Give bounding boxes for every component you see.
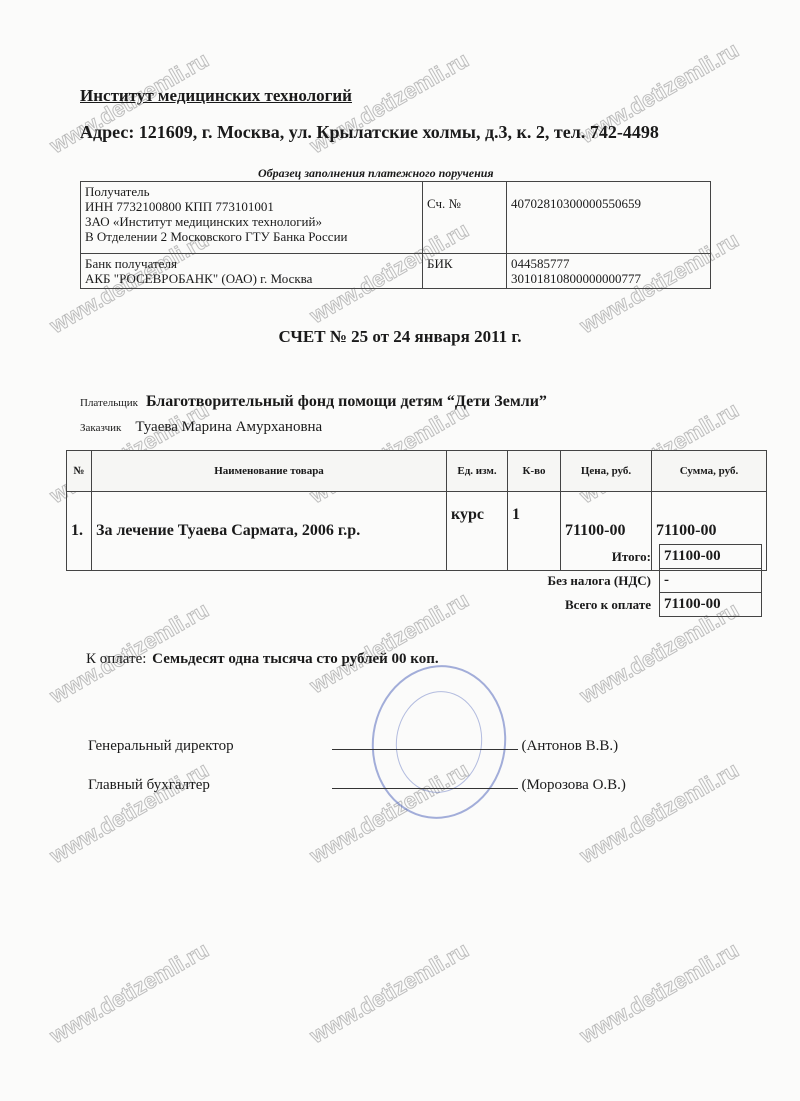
organization-address: Адрес: 121609, г. Москва, ул. Крылатские… <box>80 122 659 143</box>
bank-name: АКБ "РОСЕВРОБАНК" (ОАО) г. Москва <box>85 271 418 286</box>
recipient-name: ЗАО «Институт медицинских технологий» <box>85 214 418 229</box>
subtotal-label: Итого: <box>480 545 660 569</box>
payer-label: Плательщик <box>80 397 138 409</box>
recipient-cell: Получатель ИНН 7732100800 КПП 773101001 … <box>81 182 423 254</box>
col-sum: Сумма, руб. <box>652 451 767 492</box>
signature-role: Генеральный директор <box>88 738 328 755</box>
col-name: Наименование товара <box>92 451 447 492</box>
vat-value: - <box>660 569 762 593</box>
payer-row: Плательщик Благотворительный фонд помощи… <box>80 393 547 411</box>
watermark-text: www.detizemli.ru <box>575 937 743 1049</box>
invoice-title: СЧЕТ № 25 от 24 января 2011 г. <box>0 327 800 347</box>
signature-name: (Антонов В.В.) <box>522 738 619 754</box>
watermark-text: www.detizemli.ru <box>45 937 213 1049</box>
watermark-text: www.detizemli.ru <box>305 937 473 1049</box>
signature-line <box>332 737 518 750</box>
col-qty: К-во <box>508 451 561 492</box>
account-label: Сч. № <box>423 182 507 254</box>
organization-name: Институт медицинских технологий <box>80 86 352 106</box>
bik-value: 044585777 <box>511 256 706 271</box>
col-unit: Ед. изм. <box>447 451 508 492</box>
bank-cell: Банк получателя АКБ "РОСЕВРОБАНК" (ОАО) … <box>81 254 423 289</box>
amount-in-words: К оплате: Семьдесят одна тысяча сто рубл… <box>86 651 439 668</box>
bank-details-table: Получатель ИНН 7732100800 КПП 773101001 … <box>80 181 711 289</box>
signature-role: Главный бухгалтер <box>88 777 328 794</box>
vat-label: Без налога (НДС) <box>480 569 660 593</box>
customer-value: Туаева Марина Амурхановна <box>135 419 322 435</box>
signature-line <box>332 776 518 789</box>
total-due-label: Всего к оплате <box>480 593 660 617</box>
col-number: № <box>67 451 92 492</box>
signature-director: Генеральный директор (Антонов В.В.) <box>88 737 688 755</box>
account-value: 40702810300000550659 <box>507 182 711 254</box>
signature-accountant: Главный бухгалтер (Морозова О.В.) <box>88 776 688 794</box>
col-price: Цена, руб. <box>561 451 652 492</box>
cell-name: За лечение Туаева Сармата, 2006 г.р. <box>92 492 447 571</box>
bank-details-caption: Образец заполнения платежного поручения <box>258 166 494 181</box>
amount-words-label: К оплате: <box>86 651 146 667</box>
customer-label: Заказчик <box>80 422 121 434</box>
payer-value: Благотворительный фонд помощи детям “Дет… <box>146 393 547 410</box>
subtotal-value: 71100-00 <box>660 545 762 569</box>
bik-cell: 044585777 30101810800000000777 <box>507 254 711 289</box>
watermark-text: www.detizemli.ru <box>575 757 743 869</box>
cell-number: 1. <box>67 492 92 571</box>
signature-name: (Морозова О.В.) <box>522 777 626 793</box>
totals-table: Итого: 71100-00 Без налога (НДС) - Всего… <box>480 544 762 617</box>
recipient-inn: ИНН 7732100800 КПП 773101001 <box>85 199 418 214</box>
recipient-label: Получатель <box>85 184 418 199</box>
corr-account-value: 30101810800000000777 <box>511 271 706 286</box>
watermark-text: www.detizemli.ru <box>45 757 213 869</box>
recipient-branch: В Отделении 2 Московского ГТУ Банка Росс… <box>85 229 418 244</box>
total-due-value: 71100-00 <box>660 593 762 617</box>
bank-label: Банк получателя <box>85 256 418 271</box>
bik-label: БИК <box>423 254 507 289</box>
customer-row: Заказчик Туаева Марина Амурхановна <box>80 418 322 436</box>
amount-words-value: Семьдесят одна тысяча сто рублей 00 коп. <box>152 651 438 667</box>
